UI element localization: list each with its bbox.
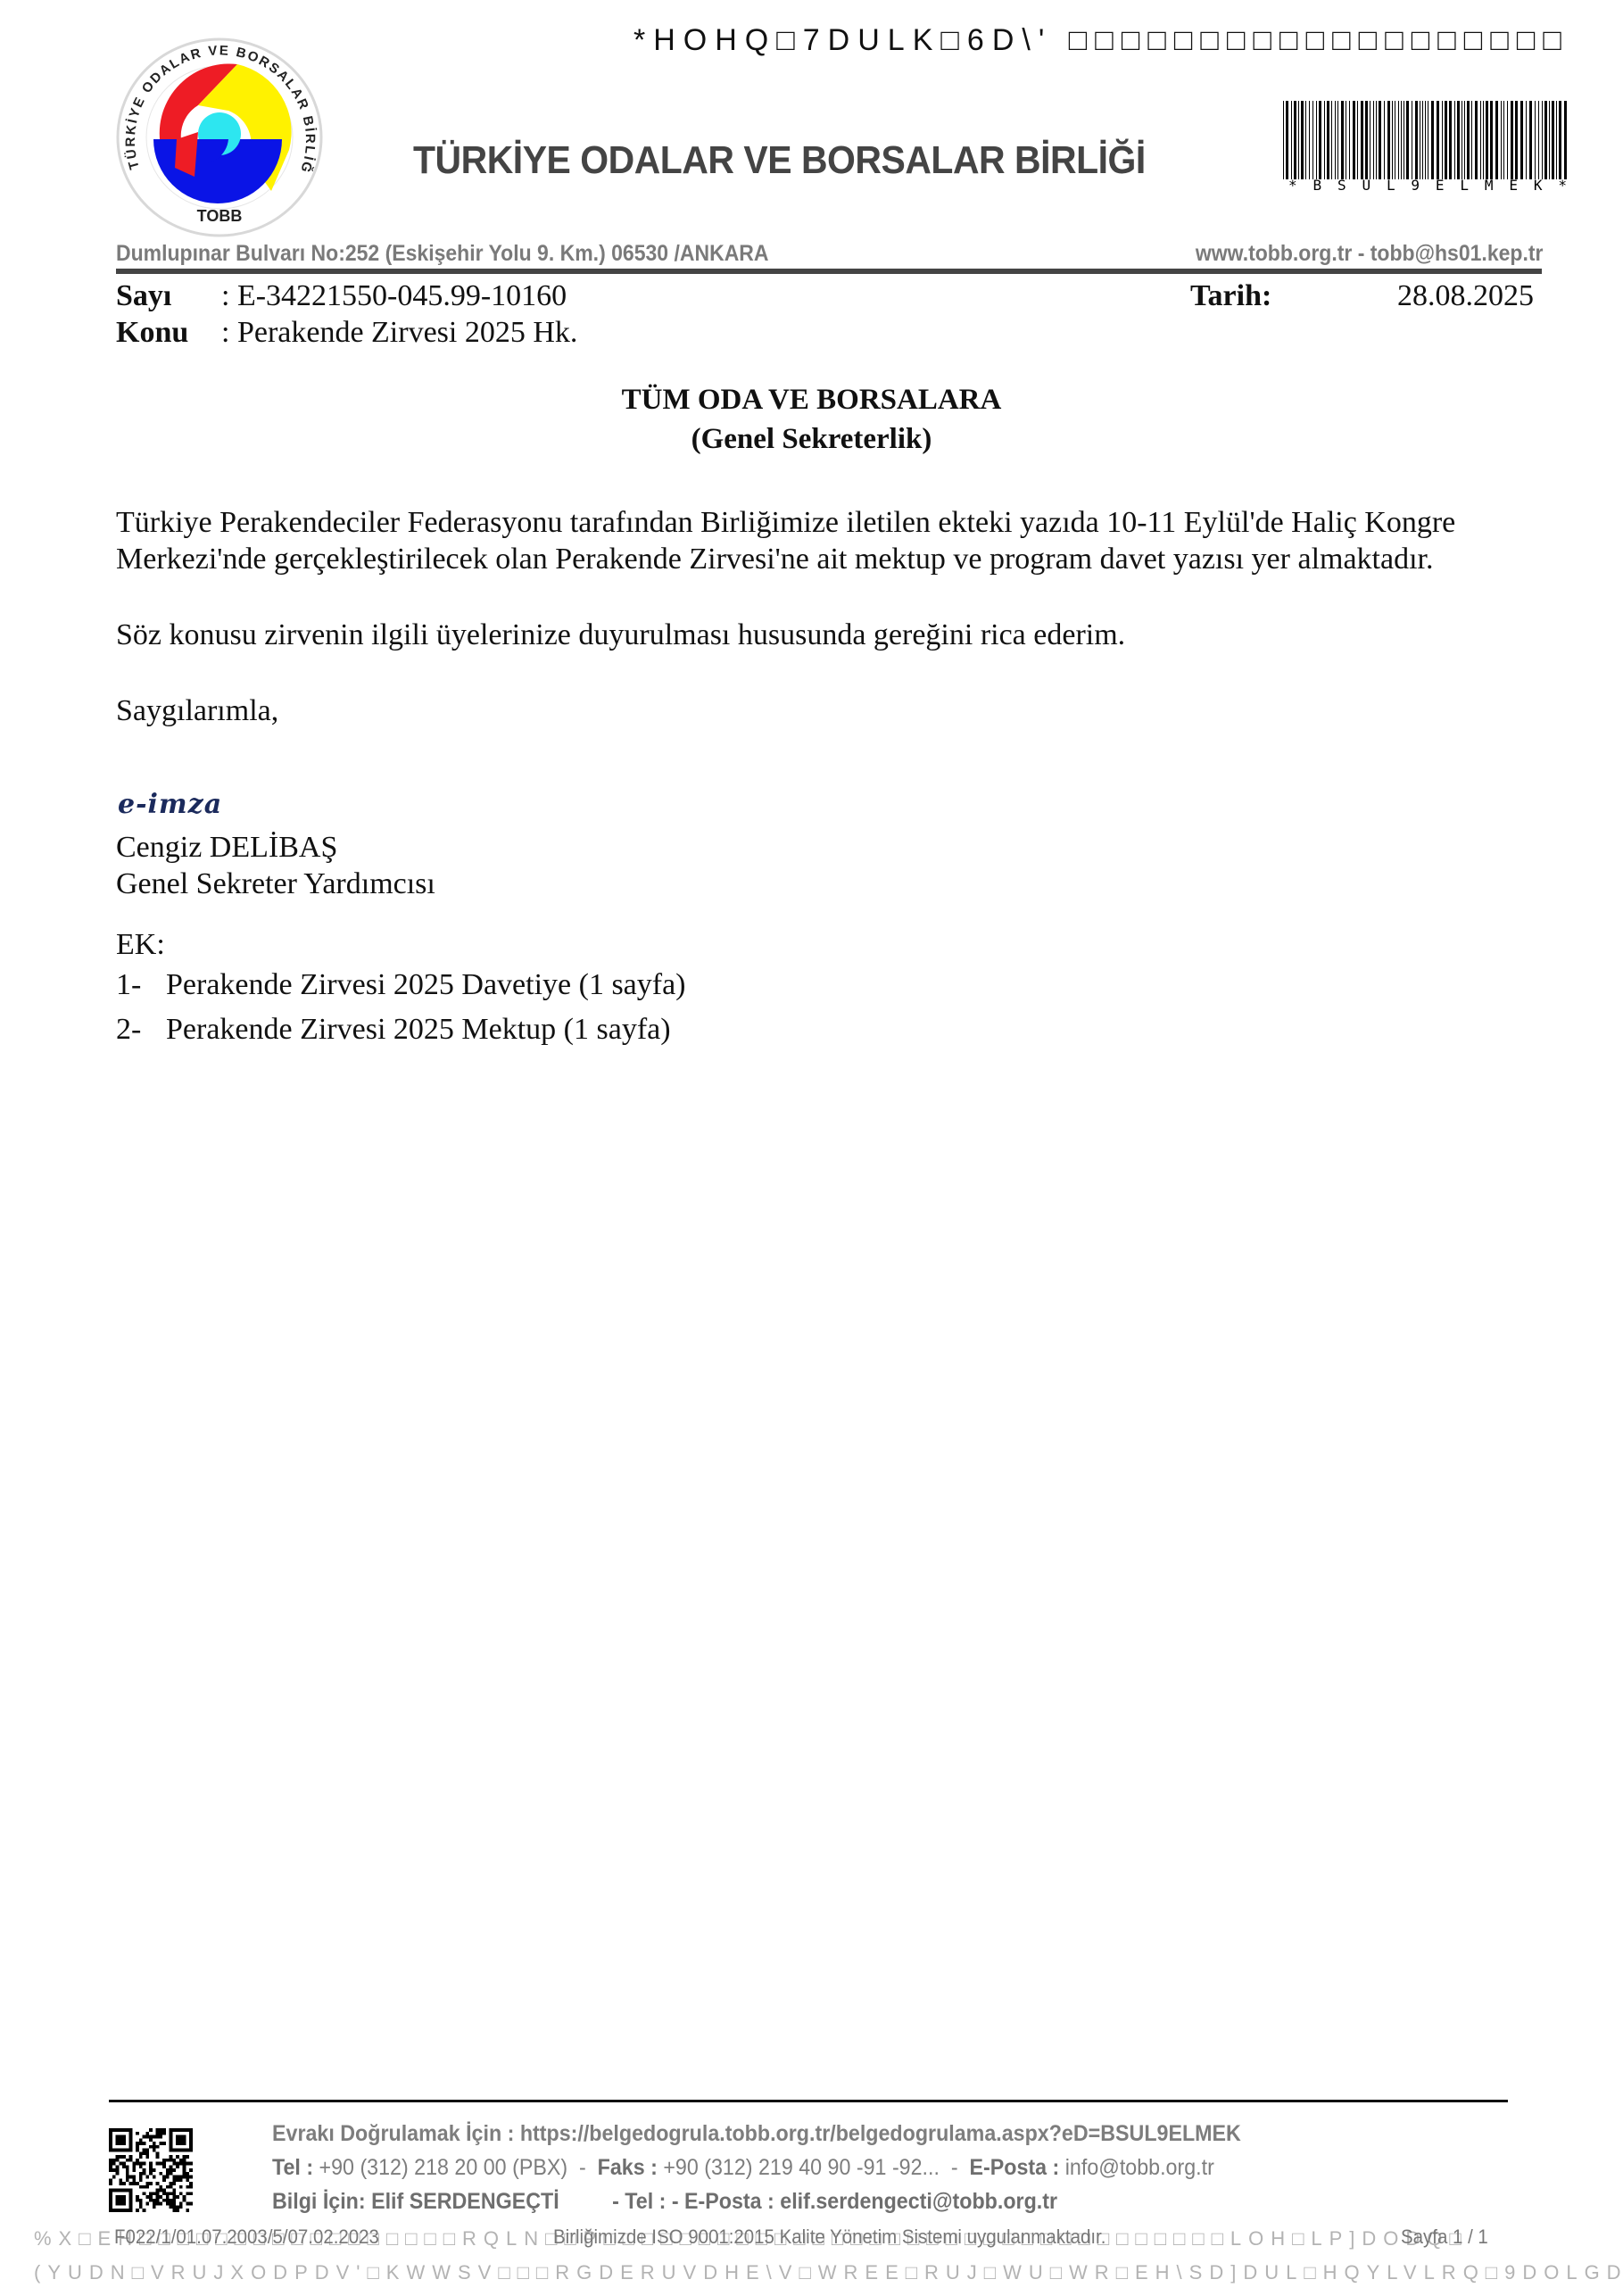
body-paragraph-2: Söz konusu zirvenin ilgili üyelerinize d… [116,618,1125,652]
document-barcode [1283,101,1569,179]
body-paragraph-1-line-2: Merkezi'nde gerçekleştirilecek olan Pera… [116,543,1433,576]
body-paragraph-1-line-1: Türkiye Perakendeciler Federasyonu taraf… [116,506,1455,540]
attachment-number: 2- [116,1013,141,1047]
contact-line: Tel : +90 (312) 218 20 00 (PBX) - Faks :… [272,2155,1214,2181]
signer-title: Genel Sekreter Yardımcısı [116,867,435,901]
header-divider [116,269,1542,274]
verify-url-link[interactable]: https://belgedogrula.tobb.org.tr/belgedo… [520,2121,1241,2146]
konu-value: : Perakende Zirvesi 2025 Hk. [221,316,577,350]
barcode-char: E [1509,177,1518,194]
konu-label: Konu [116,316,188,350]
iso-statement: Birliğimizde ISO 9001:2015 Kalite Yöneti… [553,2226,1105,2249]
website-email[interactable]: www.tobb.org.tr - tobb@hs01.kep.tr [1195,241,1543,267]
address-line: Dumlupınar Bulvarı No:252 (Eskişehir Yol… [116,241,769,267]
tarih-label: Tarih: [1190,279,1271,313]
page-number: Sayfa 1 / 1 [1401,2226,1488,2249]
faks-label: Faks : [598,2155,658,2180]
verification-line: Evrakı Doğrulamak İçin : https://belgedo… [272,2121,1241,2147]
sayi-value: : E-34221550-045.99-10160 [221,279,567,313]
bilgi-tel: - Tel : - [612,2189,678,2214]
barcode-label: *BSUL9ELMEK* [1288,177,1567,194]
barcode-char: B [1312,177,1321,194]
bilgi-eposta-link[interactable]: elif.serdengecti@tobb.org.tr [780,2189,1057,2214]
sayi-label: Sayı [116,279,171,313]
faks-value: +90 (312) 219 40 90 -91 -92... [663,2155,940,2180]
attachments-label: EK: [116,928,165,962]
barcode-char: U [1362,177,1370,194]
attachment-item: Perakende Zirvesi 2025 Davetiye (1 sayfa… [166,968,686,1002]
separator: - [574,2155,592,2180]
footer-garbled-line-2: (YUDN□VRUJXODPDV'□KWWSV□□□RGDERUVDHE\V□W… [34,2261,1623,2284]
recipient-heading: TÜM ODA VE BORSALARA [0,384,1623,417]
attachment-item: Perakende Zirvesi 2025 Mektup (1 sayfa) [166,1013,671,1047]
barcode-char: * [1558,177,1567,194]
footer-divider [109,2100,1508,2102]
tobb-logo: TOBB TÜRKİYE ODALAR VE BORSALAR BİRLİĞİ [112,34,327,244]
header-garbled-text: *HOHQ□7DULK□6D\' □□□□□□□□□□□□□□□□□□□ [633,23,1569,58]
logo-tobb-text: TOBB [197,207,243,225]
form-code: F022/1/01.07.2003/5/07.02.2023 [114,2226,379,2249]
barcode-char: * [1288,177,1297,194]
verify-label: Evrakı Doğrulamak İçin : [272,2121,514,2146]
organization-title: TÜRKİYE ODALAR VE BORSALAR BİRLİĞİ [413,138,1146,183]
barcode-char: S [1337,177,1346,194]
separator: - [945,2155,964,2180]
eposta-label: E-Posta : [970,2155,1060,2180]
barcode-char: M [1485,177,1494,194]
tel-value: +90 (312) 218 20 00 (PBX) [319,2155,568,2180]
recipient-subheading: (Genel Sekreterlik) [0,423,1623,456]
barcode-char: K [1534,177,1543,194]
bilgi-label: Bilgi İçin: Elif SERDENGEÇTİ [272,2189,559,2214]
signer-name: Cengiz DELİBAŞ [116,831,337,865]
barcode-char: L [1460,177,1469,194]
tarih-value: 28.08.2025 [1397,279,1534,313]
e-signature-mark: e-imza [118,789,222,820]
barcode-char: L [1387,177,1395,194]
bilgi-eposta-label: E-Posta : [684,2189,774,2214]
barcode-char: E [1436,177,1445,194]
closing-salutation: Saygılarımla, [116,694,278,728]
eposta-link[interactable]: info@tobb.org.tr [1065,2155,1214,2180]
attachment-number: 1- [116,968,141,1002]
info-contact-line: Bilgi İçin: Elif SERDENGEÇTİ - Tel : - E… [272,2189,1057,2215]
tel-label: Tel : [272,2155,313,2180]
barcode-char: 9 [1411,177,1420,194]
qr-code-icon[interactable] [109,2128,193,2212]
